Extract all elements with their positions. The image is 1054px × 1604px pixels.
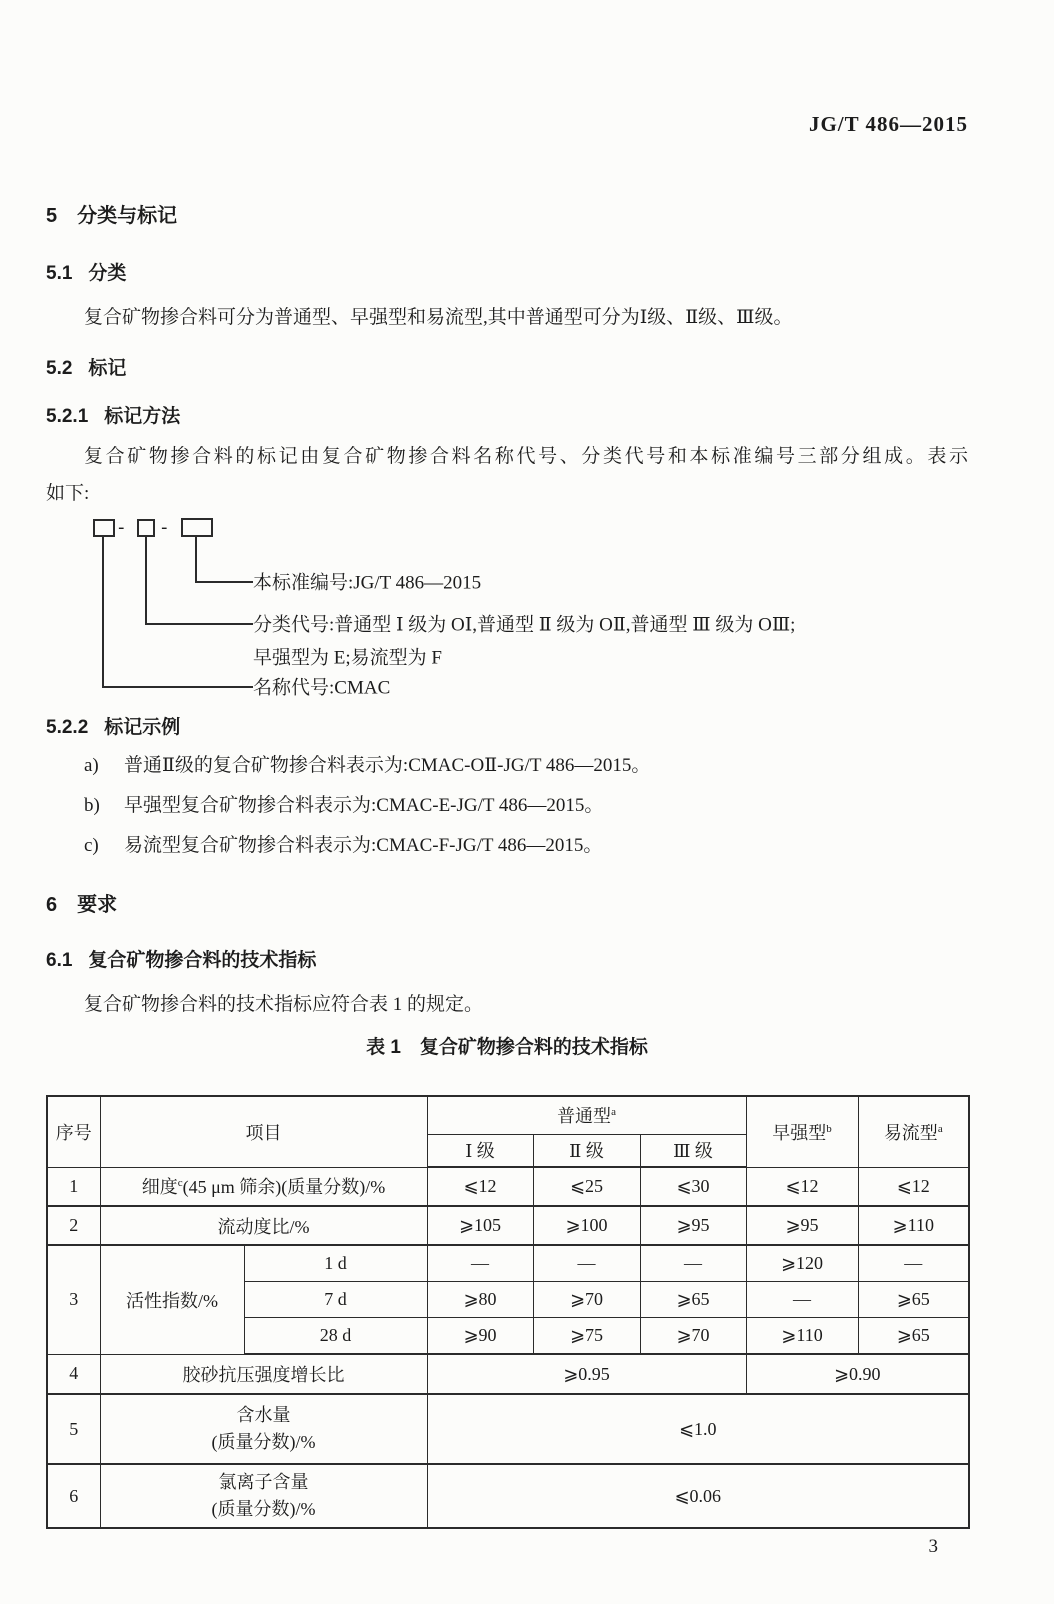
example-c-text: 易流型复合矿物掺合料表示为:CMAC-F-JG/T 486—2015。 — [124, 835, 602, 856]
section-5-2-1-title: 标记方法 — [104, 406, 180, 427]
doc-number: JG/T 486—2015 — [46, 112, 968, 137]
cell-r3a-age: 1 d — [244, 1245, 427, 1281]
table-row-1: 1 细度c(45 μm 筛余)(质量分数)/% ⩽12 ⩽25 ⩽30 ⩽12 … — [47, 1167, 969, 1206]
example-b-label: b) — [84, 795, 124, 817]
cell-r6-item: 氯离子含量 (质量分数)/% — [100, 1464, 427, 1528]
cell-r1-flow: ⩽12 — [858, 1167, 969, 1206]
r5-item-line1: 含水量 — [105, 1402, 423, 1429]
cell-r2-early: ⩾95 — [746, 1206, 858, 1245]
cell-r1-no: 1 — [47, 1167, 100, 1206]
section-5-1-number: 5.1 — [46, 263, 72, 284]
section-6-heading: 6要求 — [46, 888, 968, 917]
connector-line-standard-h — [195, 581, 253, 583]
cell-r2-no: 2 — [47, 1206, 100, 1245]
cell-r5-item: 含水量 (质量分数)/% — [100, 1394, 427, 1464]
document-page: JG/T 486—2015 5分类与标记 5.1分类 复合矿物掺合料可分为普通型… — [0, 0, 1054, 1604]
example-item-a: a)普通Ⅱ级的复合矿物掺合料表示为:CMAC-OⅡ-JG/T 486—2015。 — [46, 750, 968, 777]
cell-r3a-early: ⩾120 — [746, 1245, 858, 1281]
marking-examples-list: a)普通Ⅱ级的复合矿物掺合料表示为:CMAC-OⅡ-JG/T 486—2015。… — [46, 750, 968, 870]
cell-r3c-early: ⩾110 — [746, 1317, 858, 1354]
col-header-grade-1: Ⅰ 级 — [427, 1134, 533, 1167]
section-5-2-title: 标记 — [88, 358, 126, 379]
paragraph-classification: 复合矿物掺合料可分为普通型、早强型和易流型,其中普通型可分为Ⅰ级、Ⅱ级、Ⅲ级。 — [46, 301, 968, 334]
cell-r3b-age: 7 d — [244, 1281, 427, 1317]
section-5-2-2-title: 标记示例 — [104, 717, 180, 738]
table-1: 序号 项目 普通型a 早强型b 易流型a Ⅰ 级 Ⅱ 级 Ⅲ 级 1 细度c(4… — [46, 1095, 970, 1529]
table-row-2: 2 流动度比/% ⩾105 ⩾100 ⩾95 ⩾95 ⩾110 — [47, 1206, 969, 1245]
cell-r2-g1: ⩾105 — [427, 1206, 533, 1245]
section-5-2-heading: 5.2标记 — [46, 353, 968, 380]
paragraph-marking-method: 复合矿物掺合料的标记由复合矿物掺合料名称代号、分类代号和本标准编号三部分组成。表… — [46, 438, 968, 512]
paragraph-table-reference: 复合矿物掺合料的技术指标应符合表 1 的规定。 — [46, 988, 968, 1021]
common-type-label: 普通型 — [557, 1106, 611, 1126]
cell-r3-no: 3 — [47, 1245, 100, 1354]
cell-r4-item: 胶砂抗压强度增长比 — [100, 1354, 427, 1394]
table-row-6: 6 氯离子含量 (质量分数)/% ⩽0.06 — [47, 1464, 969, 1528]
r6-item-line1: 氯离子含量 — [105, 1469, 423, 1496]
r6-item-line2: (质量分数)/% — [105, 1496, 423, 1523]
cell-r1-g2: ⩽25 — [533, 1167, 640, 1206]
cell-r5-value: ⩽1.0 — [427, 1394, 969, 1464]
col-header-early-type: 早强型b — [746, 1096, 858, 1167]
flow-type-footnote-mark: a — [938, 1123, 943, 1135]
cell-r3c-g1: ⩾90 — [427, 1317, 533, 1354]
cell-r6-value: ⩽0.06 — [427, 1464, 969, 1528]
section-5-1-title: 分类 — [88, 263, 126, 284]
common-type-footnote-mark: a — [611, 1106, 616, 1118]
col-header-common-type: 普通型a — [427, 1096, 746, 1134]
col-header-no: 序号 — [47, 1096, 100, 1167]
marking-box-3 — [181, 518, 213, 537]
col-header-grade-2: Ⅱ 级 — [533, 1134, 640, 1167]
col-header-flow-type: 易流型a — [858, 1096, 969, 1167]
section-5-2-2-heading: 5.2.2标记示例 — [46, 712, 968, 739]
example-a-label: a) — [84, 755, 124, 777]
r1-item-text-2: (45 μm 筛余)(质量分数)/% — [183, 1177, 386, 1197]
cell-r3c-flow: ⩾65 — [858, 1317, 969, 1354]
label-class-code-line1: 分类代号:普通型 Ⅰ 级为 OⅠ,普通型 Ⅱ 级为 OⅡ,普通型 Ⅲ 级为 OⅢ… — [253, 610, 795, 637]
marking-diagram: - - 本标准编号:JG/T 486—2015 分类代号:普通型 Ⅰ 级为 OⅠ… — [46, 505, 968, 707]
r1-item-text: 细度 — [142, 1177, 178, 1197]
example-a-text: 普通Ⅱ级的复合矿物掺合料表示为:CMAC-OⅡ-JG/T 486—2015。 — [124, 755, 650, 776]
cell-r3b-flow: ⩾65 — [858, 1281, 969, 1317]
table-row-5: 5 含水量 (质量分数)/% ⩽1.0 — [47, 1394, 969, 1464]
cell-r3a-g1: — — [427, 1245, 533, 1281]
connector-line-name-h — [102, 686, 253, 688]
cell-r1-item: 细度c(45 μm 筛余)(质量分数)/% — [100, 1167, 427, 1206]
example-item-b: b)早强型复合矿物掺合料表示为:CMAC-E-JG/T 486—2015。 — [46, 790, 968, 817]
cell-r6-no: 6 — [47, 1464, 100, 1528]
section-6-1-title: 复合矿物掺合料的技术指标 — [88, 950, 316, 971]
example-item-c: c)易流型复合矿物掺合料表示为:CMAC-F-JG/T 486—2015。 — [46, 830, 968, 857]
section-5-1-heading: 5.1分类 — [46, 258, 968, 285]
separator-dash-1: - — [118, 517, 125, 538]
section-6-title: 要求 — [77, 894, 117, 916]
section-5-title: 分类与标记 — [77, 205, 177, 227]
section-5-2-1-number: 5.2.1 — [46, 406, 88, 427]
cell-r2-g3: ⩾95 — [640, 1206, 746, 1245]
separator-dash-2: - — [161, 517, 168, 538]
table-header-row-1: 序号 项目 普通型a 早强型b 易流型a — [47, 1096, 969, 1134]
cell-r2-g2: ⩾100 — [533, 1206, 640, 1245]
early-type-footnote-mark: b — [826, 1123, 832, 1135]
cell-r4-no: 4 — [47, 1354, 100, 1394]
section-6-1-heading: 6.1复合矿物掺合料的技术指标 — [46, 945, 968, 972]
table-1-caption: 表 1 复合矿物掺合料的技术指标 — [46, 1032, 968, 1059]
section-6-number: 6 — [46, 894, 57, 916]
label-name-code: 名称代号:CMAC — [253, 673, 390, 700]
cell-r1-g3: ⩽30 — [640, 1167, 746, 1206]
cell-r3-item: 活性指数/% — [100, 1245, 244, 1354]
r5-item-line2: (质量分数)/% — [105, 1429, 423, 1456]
cell-r2-flow: ⩾110 — [858, 1206, 969, 1245]
cell-r1-g1: ⩽12 — [427, 1167, 533, 1206]
col-header-item: 项目 — [100, 1096, 427, 1167]
cell-r3a-g3: — — [640, 1245, 746, 1281]
label-class-code-line2: 早强型为 E;易流型为 F — [253, 643, 442, 670]
cell-r3b-early: — — [746, 1281, 858, 1317]
table-row-3a: 3 活性指数/% 1 d — — — ⩾120 — — [47, 1245, 969, 1281]
example-c-label: c) — [84, 835, 124, 857]
section-5-2-1-heading: 5.2.1标记方法 — [46, 401, 968, 428]
connector-line-standard — [195, 535, 197, 581]
cell-r4-other: ⩾0.90 — [746, 1354, 969, 1394]
cell-r3b-g1: ⩾80 — [427, 1281, 533, 1317]
cell-r3a-flow: — — [858, 1245, 969, 1281]
connector-line-class-h — [145, 623, 253, 625]
cell-r4-common: ⩾0.95 — [427, 1354, 746, 1394]
connector-line-class — [145, 535, 147, 623]
label-standard-number: 本标准编号:JG/T 486—2015 — [253, 568, 481, 595]
cell-r3b-g2: ⩾70 — [533, 1281, 640, 1317]
section-5-heading: 5分类与标记 — [46, 199, 968, 228]
col-header-grade-3: Ⅲ 级 — [640, 1134, 746, 1167]
table-row-4: 4 胶砂抗压强度增长比 ⩾0.95 ⩾0.90 — [47, 1354, 969, 1394]
early-type-label: 早强型 — [772, 1123, 826, 1143]
section-5-2-number: 5.2 — [46, 358, 72, 379]
paragraph-marking-method-line1: 复合矿物掺合料的标记由复合矿物掺合料名称代号、分类代号和本标准编号三部分组成。表… — [46, 438, 968, 475]
table-1-container: 序号 项目 普通型a 早强型b 易流型a Ⅰ 级 Ⅱ 级 Ⅲ 级 1 细度c(4… — [46, 1095, 968, 1529]
section-5-number: 5 — [46, 205, 57, 227]
cell-r3c-g3: ⩾70 — [640, 1317, 746, 1354]
connector-line-name — [102, 535, 104, 686]
cell-r3b-g3: ⩾65 — [640, 1281, 746, 1317]
cell-r5-no: 5 — [47, 1394, 100, 1464]
cell-r3a-g2: — — [533, 1245, 640, 1281]
flow-type-label: 易流型 — [884, 1123, 938, 1143]
marking-box-1 — [93, 519, 115, 537]
cell-r3c-age: 28 d — [244, 1317, 427, 1354]
cell-r1-early: ⩽12 — [746, 1167, 858, 1206]
cell-r2-item: 流动度比/% — [100, 1206, 427, 1245]
example-b-text: 早强型复合矿物掺合料表示为:CMAC-E-JG/T 486—2015。 — [124, 795, 603, 816]
section-6-1-number: 6.1 — [46, 950, 72, 971]
cell-r3c-g2: ⩾75 — [533, 1317, 640, 1354]
page-number: 3 — [46, 1536, 968, 1558]
section-5-2-2-number: 5.2.2 — [46, 717, 88, 738]
